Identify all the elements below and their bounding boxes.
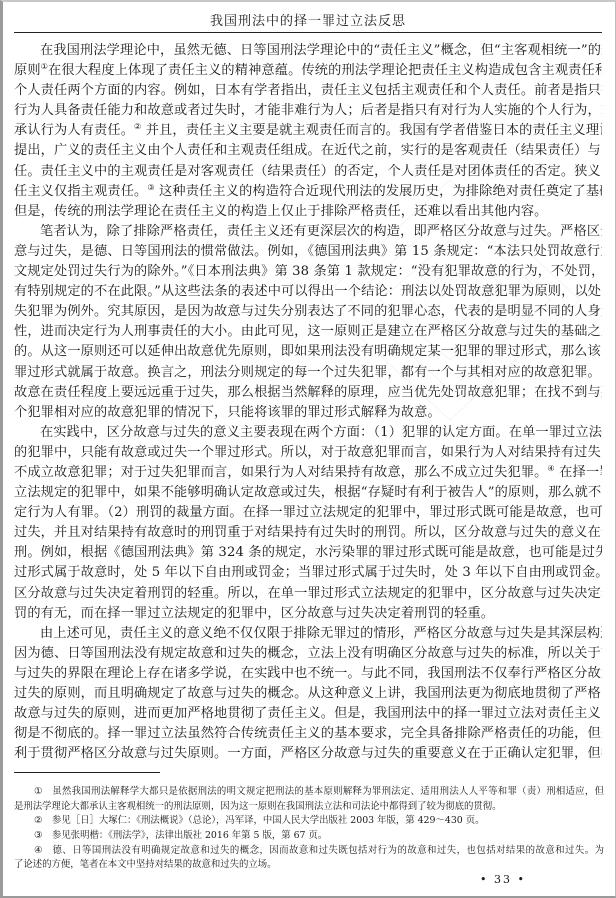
text-span: 不成立故意犯罪；对于过失犯罪而言，如果行为人对结果持有故意，那么不成立过失犯罪。 (14, 465, 548, 480)
text-line: 行为人具备责任能力和故意或者过失时，才能非难行为人；后者是指只有对行为人实施的个… (14, 101, 602, 121)
text-span: 利于贯彻严格区分故意与过失原则。一方面，严格区分故意与过失的重要意义在于正确认定… (14, 746, 602, 761)
text-line: 故意在责任程度上要远远重于过失，那么根据当然解释的原理，应当优先处罚故意犯罪；在… (14, 383, 602, 403)
text-span: 但是，传统的刑法学理论在责任主义的构造上仅止于排除严格责任，还难以看出其他内容。 (14, 204, 548, 219)
footnote-line: ②参见［日］大塚仁：《刑法概说》（总论），冯军译，中国人民大学出版社 2003 … (14, 814, 604, 829)
footnote-text: 参见张明楷：《刑法学》，法律出版社 2016 年第 5 版，第 67 页。 (52, 830, 327, 841)
text-span: 任主义仅指主观责任。 (14, 184, 147, 199)
text-span: 彻是不彻底的。择一罪过立法虽然符合传统责任主义的基本要求，完全具备排除严格责任的… (14, 726, 602, 741)
page-number: • 33 • (480, 873, 526, 886)
footnotes: ①虽然我国刑法解释学大都只是依据刑法的明文规定把刑法的基本原则解释为罪刑法定、适… (14, 785, 604, 873)
text-span: 行为人具备责任能力和故意或者过失时，才能非难行为人；后者是指只有对行为人实施的个… (14, 103, 602, 118)
text-line: 的。从这一原则还可以延伸出故意优先原则，即如果刑法没有明确规定某一犯罪的罪过形式… (14, 342, 602, 362)
text-span: 并且，责任主义主要是就主观责任而言的。我国有学者借鉴日本的责任主义理论 (141, 123, 602, 138)
text-span: 定行为人有罪。（2）刑罚的裁量方面。在择一罪过立法规定的犯罪中，罪过形式既可能是… (14, 505, 602, 520)
text-line: 提出，广义的责任主义由个人责任和主观责任组成。在近代之前，实行的是客观责任（结果… (14, 141, 602, 161)
footnote-line: 了论述的方便，笔者在本文中坚持对结果的故意和过失的立场。 (14, 858, 604, 873)
text-line: 在我国刑法学理论中，虽然无德、日等国刑法学理论中的“责任主义”概念，但“主客观相… (14, 41, 602, 61)
footnote-marker: ③ (34, 829, 52, 844)
text-line: 笔者认为，除了排除严格责任，责任主义还有更深层次的构造，即严格区分故意与过失。严… (14, 222, 602, 242)
text-line: 刑。例如，根据《德国刑法典》第 324 条的规定，水污染罪的罪过形式既可能是故意… (14, 543, 602, 563)
text-span: 在很大程度上体现了责任主义的精神意蕴。传统的刑法学理论把责任主义构造成包含主观责… (48, 63, 602, 78)
text-span: 过失，并且对结果持有故意时的刑罚重于对结果持有过失时的刑罚。所以，区分故意与过失… (14, 525, 602, 540)
text-line: 利于贯彻严格区分故意与过失原则。一方面，严格区分故意与过失的重要意义在于正确认定… (14, 744, 602, 764)
footnote-marker: ① (34, 785, 52, 800)
text-line: 个犯罪相对应的故意犯罪的情况下，只能将该罪的罪过形式解释为故意。 (14, 403, 602, 423)
header-divider (14, 32, 602, 33)
text-line: 立法规定的犯罪中，如果不能够明确认定故意或过失，根据“存疑时有利于被告人”的原则… (14, 483, 602, 503)
text-span: 由上述可见，责任主义的意义绝不仅仅限于排除无罪过的情形，严格区分故意与过失是其深… (40, 626, 602, 641)
text-line: 任主义仅指主观责任。③ 这种责任主义的构造符合近现代刑法的发展历史，为排除绝对责… (14, 182, 602, 202)
text-span: 过形式属于故意时，处 5 年以下自由刑或罚金；当罪过形式属于过失时，处 3 年以… (14, 565, 602, 580)
text-span: 个人责任两个方面的内容。例如，日本有学者指出，责任主义包括主观责任和个人责任。前… (14, 83, 602, 98)
footnote-marker: ④ (34, 844, 52, 859)
text-line: 失犯罪为例外。究其原因，是因为故意与过失分别表达了不同的犯罪心态，代表的是明显不… (14, 302, 602, 322)
text-span: 与过失的界限在理论上存在诸多学说，在实践中也不统一。与此不同，我国刑法不仅奉行严… (14, 666, 602, 681)
footnote-marker: ② (34, 814, 52, 829)
text-span: 意与过失，是德、日等国刑法的惯常做法。例如，《德国刑法典》第 15 条规定：“本… (14, 244, 602, 259)
text-line: 故意与过失的原则，进而更加严格地贯彻了责任主义。但是，我国刑法中的择一罪过立法对… (14, 704, 602, 724)
footnote-text: 德、日等国刑法没有明确规定故意和过失的概念，因而故意和过失既包括对行为的故意和过… (52, 845, 604, 856)
running-title: 我国刑法中的择一罪过立法反思 (0, 10, 616, 29)
footnote-ref[interactable]: ④ (548, 464, 555, 473)
text-span: 的。从这一原则还可以延伸出故意优先原则，即如果刑法没有明确规定某一犯罪的罪过形式… (14, 344, 602, 359)
text-span: 刑。例如，根据《德国刑法典》第 324 条的规定，水污染罪的罪过形式既可能是故意… (14, 545, 602, 560)
text-line: 因为德、日等国刑法没有规定故意和过失的概念，立法上没有明确区分故意与过失的标准，… (14, 644, 602, 664)
text-line: 承认行为人有责任。② 并且，责任主义主要是就主观责任而言的。我国有学者借鉴日本的… (14, 121, 602, 141)
text-line: 但是，传统的刑法学理论在责任主义的构造上仅止于排除严格责任，还难以看出其他内容。 (14, 202, 602, 222)
text-line: 在实践中，区分故意与过失的意义主要表现在两个方面：（1）犯罪的认定方面。在单一罪… (14, 423, 602, 443)
text-line: 彻是不彻底的。择一罪过立法虽然符合传统责任主义的基本要求，完全具备排除严格责任的… (14, 724, 602, 744)
text-line: 罚的有无，而在择一罪过立法规定的犯罪中，区分故意与过失决定着刑罚的轻重。 (14, 604, 602, 624)
text-line: 区分故意与过失决定着刑罚的轻重。所以，在单一罪过形式立法规定的犯罪中，区分故意与… (14, 584, 602, 604)
text-line: 与过失的界限在理论上存在诸多学说，在实践中也不统一。与此不同，我国刑法不仅奉行严… (14, 664, 602, 684)
text-line: 过形式属于故意时，处 5 年以下自由刑或罚金；当罪过形式属于过失时，处 3 年以… (14, 563, 602, 583)
footnote-ref[interactable]: ③ (147, 183, 154, 192)
text-line: 定行为人有罪。（2）刑罚的裁量方面。在择一罪过立法规定的犯罪中，罪过形式既可能是… (14, 503, 602, 523)
text-span: 个犯罪相对应的故意犯罪的情况下，只能将该罪的罪过形式解释为故意。 (14, 405, 441, 420)
text-line: 个人责任两个方面的内容。例如，日本有学者指出，责任主义包括主观责任和个人责任。前… (14, 81, 602, 101)
footnote-line: ④德、日等国刑法没有明确规定故意和过失的概念，因而故意和过失既包括对行为的故意和… (14, 844, 604, 859)
text-span: 故意在责任程度上要远远重于过失，那么根据当然解释的原理，应当优先处罚故意犯罪；在… (14, 385, 602, 400)
text-span: 提出，广义的责任主义由个人责任和主观责任组成。在近代之前，实行的是客观责任（结果… (14, 143, 602, 158)
text-span: 失犯罪为例外。究其原因，是因为故意与过失分别表达了不同的犯罪心态，代表的是明显不… (14, 304, 602, 319)
footnote-text: 了论述的方便，笔者在本文中坚持对结果的故意和过失的立场。 (14, 859, 277, 870)
text-line: 过失，并且对结果持有故意时的刑罚重于对结果持有过失时的刑罚。所以，区分故意与过失… (14, 523, 602, 543)
text-span: 在实践中，区分故意与过失的意义主要表现在两个方面：（1）犯罪的认定方面。在单一罪… (40, 425, 602, 440)
text-span: 性，进而决定行为人刑事责任的大小。由此可见，这一原则正是建立在严格区分故意与过失… (14, 324, 602, 339)
text-line: 文规定处罚过失行为的除外。”《日本刑法典》第 38 条第 1 款规定：“没有犯罪… (14, 262, 602, 282)
text-line: 过失的原则，而且明确规定了故意与过失的概念。从这种意义上讲，我国刑法更为彻底地贯… (14, 684, 602, 704)
text-span: 在择一罪过 (555, 465, 602, 480)
footnote-line: ①虽然我国刑法解释学大都只是依据刑法的明文规定把刑法的基本原则解释为罪刑法定、适… (14, 785, 604, 800)
text-line: 罪过形式就属于故意。换言之，刑法分则规定的每一个过失犯罪，都有一个与其相对应的故… (14, 363, 602, 383)
text-span: 故意与过失的原则，进而更加严格地贯彻了责任主义。但是，我国刑法中的择一罪过立法对… (14, 706, 602, 721)
text-line: 意与过失，是德、日等国刑法的惯常做法。例如，《德国刑法典》第 15 条规定：“本… (14, 242, 602, 262)
footnote-text: 虽然我国刑法解释学大都只是依据刑法的明文规定把刑法的基本原则解释为罪刑法定、适用… (52, 786, 604, 797)
text-span: 区分故意与过失决定着刑罚的轻重。所以，在单一罪过形式立法规定的犯罪中，区分故意与… (14, 586, 602, 601)
text-line: 由上述可见，责任主义的意义绝不仅仅限于排除无罪过的情形，严格区分故意与过失是其深… (14, 624, 602, 644)
text-span: 笔者认为，除了排除严格责任，责任主义还有更深层次的构造，即严格区分故意与过失。严… (40, 224, 602, 239)
text-span: 文规定处罚过失行为的除外。”《日本刑法典》第 38 条第 1 款规定：“没有犯罪… (14, 264, 602, 279)
text-line: 不成立故意犯罪；对于过失犯罪而言，如果行为人对结果持有故意，那么不成立过失犯罪。… (14, 463, 602, 483)
text-line: 任。责任主义中的主观责任是对客观责任（结果责任）的否定，个人责任是对团体责任的否… (14, 162, 602, 182)
text-span: 原则 (14, 63, 41, 78)
text-line: 性，进而决定行为人刑事责任的大小。由此可见，这一原则正是建立在严格区分故意与过失… (14, 322, 602, 342)
text-line: 有特别规定的不在此限。”从这些法条的表述中可以得出一个结论：刑法以处罚故意犯罪为… (14, 282, 602, 302)
article-body: 在我国刑法学理论中，虽然无德、日等国刑法学理论中的“责任主义”概念，但“主客观相… (14, 41, 602, 764)
text-span: 在我国刑法学理论中，虽然无德、日等国刑法学理论中的“责任主义”概念，但“主客观相… (40, 43, 602, 58)
text-span: 的犯罪中，只能有故意或过失一个罪过形式。所以，对于故意犯罪而言，如果行为人对结果… (14, 445, 602, 460)
text-span: 罪过形式就属于故意。换言之，刑法分则规定的每一个过失犯罪，都有一个与其相对应的故… (14, 365, 602, 380)
text-span: 过失的原则，而且明确规定了故意与过失的概念。从这种意义上讲，我国刑法更为彻底地贯… (14, 686, 602, 701)
text-line: 的犯罪中，只能有故意或过失一个罪过形式。所以，对于故意犯罪而言，如果行为人对结果… (14, 443, 602, 463)
footnote-text: 参见［日］大塚仁：《刑法概说》（总论），冯军译，中国人民大学出版社 2003 年… (52, 815, 485, 826)
text-span: 有特别规定的不在此限。”从这些法条的表述中可以得出一个结论：刑法以处罚故意犯罪为… (14, 284, 602, 299)
footnote-line: 是刑法学理论大都承认主客观相统一的刑法原则，因为这一原则在我国刑法立法和司法论中… (14, 800, 604, 815)
text-span: 这种责任主义的构造符合近现代刑法的发展历史，为排除绝对责任奠定了基础。 (155, 184, 602, 199)
footnote-text: 是刑法学理论大都承认主客观相统一的刑法原则，因为这一原则在我国刑法立法和司法论中… (14, 801, 502, 812)
text-span: 立法规定的犯罪中，如果不能够明确认定故意或过失，根据“存疑时有利于被告人”的原则… (14, 485, 602, 500)
text-span: 罚的有无，而在择一罪过立法规定的犯罪中，区分故意与过失决定着刑罚的轻重。 (14, 606, 494, 621)
footnote-ref[interactable]: ① (41, 62, 48, 71)
footnote-line: ③参见张明楷：《刑法学》，法律出版社 2016 年第 5 版，第 67 页。 (14, 829, 604, 844)
text-span: 因为德、日等国刑法没有规定故意和过失的概念，立法上没有明确区分故意与过失的标准，… (14, 646, 602, 661)
text-line: 原则①在很大程度上体现了责任主义的精神意蕴。传统的刑法学理论把责任主义构造成包含… (14, 61, 602, 81)
footnote-divider (14, 772, 160, 773)
text-span: 承认行为人有责任。 (14, 123, 134, 138)
text-span: 任。责任主义中的主观责任是对客观责任（结果责任）的否定，个人责任是对团体责任的否… (14, 164, 602, 179)
